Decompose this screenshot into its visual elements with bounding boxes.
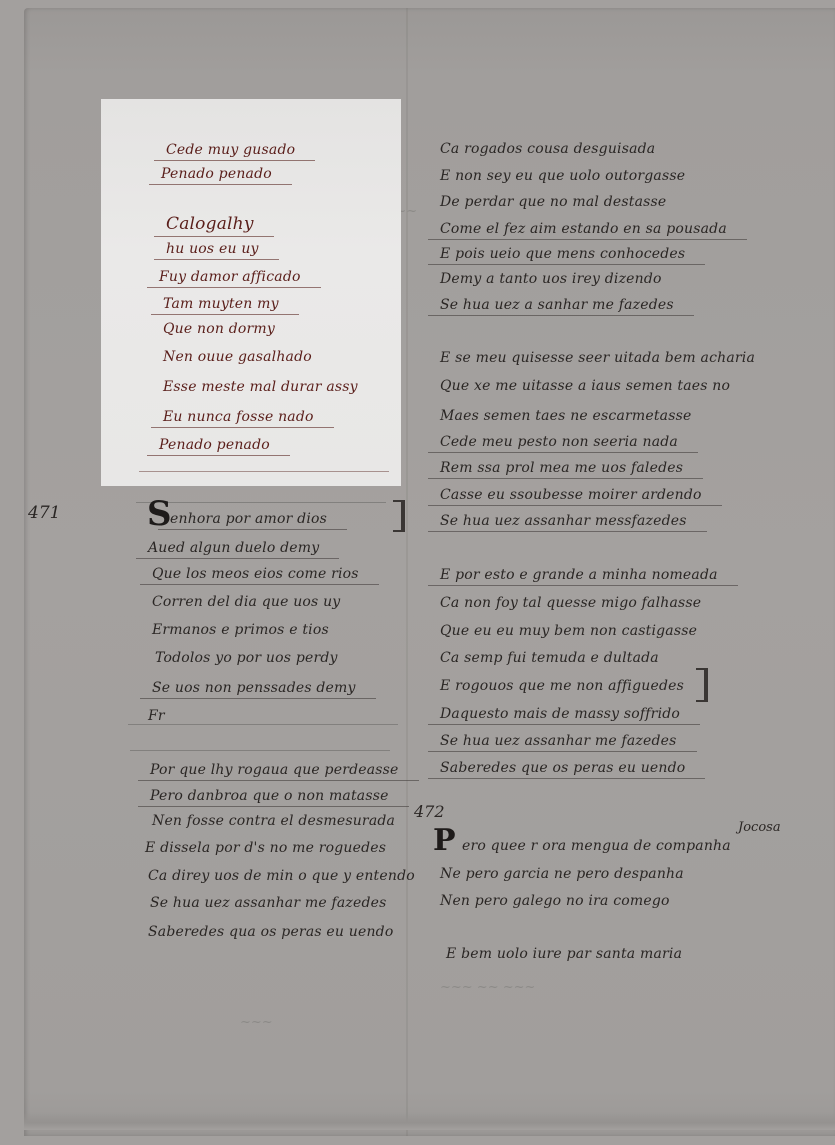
marginal-note-jocosa: Jocosa — [738, 820, 781, 835]
poem-line: Se hua uez assanhar me fazedes — [150, 895, 387, 911]
poem-line: Saberedes qua os peras eu uendo — [148, 924, 393, 940]
poem-line: Pero danbroa que o non matasse — [150, 788, 389, 804]
poem-line: Nen fosse contra el desmesurada — [152, 813, 395, 829]
poem-line: Corren del dia que uos uy — [152, 594, 340, 610]
poem-line: Todolos yo por uos perdy — [155, 650, 338, 666]
poem-line: Ermanos e primos e tios — [152, 622, 329, 638]
poem-line: Que los meos eios come rios — [152, 566, 359, 582]
inset-line: Que non dormy — [163, 321, 275, 337]
poem-line: E dissela por d's no me roguedes — [145, 840, 386, 856]
poem-line: Se hua uez assanhar me fazedes — [440, 733, 677, 749]
bleed-through-text: ~~~ — [240, 1015, 273, 1030]
inset-line: Tam muyten my — [163, 296, 279, 312]
decorated-initial-p: P — [433, 826, 456, 856]
inset-line: Penado penado — [161, 166, 272, 182]
poem-line: Rem ssa prol mea me uos faledes — [440, 460, 683, 476]
poem-line: Se hua uez a sanhar me fazedes — [440, 297, 674, 313]
poem-line: Ca non foy tal quesse migo falhasse — [440, 595, 701, 611]
poem-line: Aued algun duelo demy — [148, 540, 319, 556]
inset-line: Penado penado — [159, 437, 270, 453]
poem-line: De perdar que no mal destasse — [440, 194, 666, 210]
margin-bracket — [696, 668, 708, 702]
inset-line: Calogalhy — [166, 214, 254, 234]
poem-line: Casse eu ssoubesse moirer ardendo — [440, 487, 702, 503]
poem-line: Demy a tanto uos irey dizendo — [440, 271, 662, 287]
poem-line: E por esto e grande a minha nomeada — [440, 567, 718, 583]
ruled-line — [128, 724, 398, 725]
poem-line: enhora por amor dios — [170, 511, 327, 527]
highlighted-inset-region: Cede muy gusado Penado penado Calogalhy … — [101, 99, 401, 486]
poem-line: Que eu eu muy bem non castigasse — [440, 623, 697, 639]
inset-line: Cede muy gusado — [166, 142, 295, 158]
poem-number-472: 472 — [414, 802, 445, 821]
poem-line: Saberedes que os peras eu uendo — [440, 760, 685, 776]
inset-line: Fuy damor afficado — [159, 269, 301, 285]
poem-line: Come el fez aim estando en sa pousada — [440, 221, 727, 237]
poem-line: Se hua uez assanhar messfazedes — [440, 513, 687, 529]
poem-line: E se meu quisesse seer uitada bem achari… — [440, 350, 755, 366]
inset-line: Eu nunca fosse nado — [163, 409, 314, 425]
poem-line: Ca rogados cousa desguisada — [440, 141, 655, 157]
poem-line: E non sey eu que uolo outorgasse — [440, 168, 685, 184]
decorated-initial-s: S — [147, 497, 172, 531]
margin-bracket — [393, 500, 405, 532]
poem-line: E pois ueio que mens conhocedes — [440, 246, 685, 262]
fr-marker: Fr — [148, 708, 165, 724]
poem-line: Maes semen taes ne escarmetasse — [440, 408, 691, 424]
poem-number-471: 471 — [28, 503, 60, 523]
bleed-through-text: ~~~ ~~ ~~~ — [440, 980, 535, 995]
poem-line: Nen pero galego no ira comego — [440, 893, 670, 909]
page-bottom-edge — [24, 1112, 835, 1130]
poem-line: E bem uolo iure par santa maria — [446, 946, 682, 962]
poem-line: ero quee r ora mengua de companha — [462, 838, 731, 854]
poem-line: Cede meu pesto non seeria nada — [440, 434, 678, 450]
poem-line: Daquesto mais de massy soffrido — [440, 706, 680, 722]
poem-line: Que xe me uitasse a iaus semen taes no — [440, 378, 730, 394]
ruled-line — [130, 750, 390, 751]
page-fold — [406, 8, 408, 1136]
inset-line: Nen ouue gasalhado — [163, 349, 312, 365]
inset-line: hu uos eu uy — [166, 241, 259, 257]
poem-line: E rogouos que me non affiguedes — [440, 678, 684, 694]
poem-line: Ca semp fui temuda e dultada — [440, 650, 659, 666]
poem-line: Se uos non penssades demy — [152, 680, 356, 696]
poem-line: Ca direy uos de min o que y entendo — [148, 868, 415, 884]
inset-line: Esse meste mal durar assy — [163, 379, 358, 395]
poem-line: Por que lhy rogaua que perdeasse — [150, 762, 399, 778]
ruled-line — [136, 502, 386, 503]
poem-line: Ne pero garcia ne pero despanha — [440, 866, 684, 882]
manuscript-canvas: ~~~ ~~~~ ~~~ ~~~ ~~~ ~~ ~~~ Cede muy gus… — [0, 0, 835, 1145]
ruled-line — [139, 471, 389, 472]
